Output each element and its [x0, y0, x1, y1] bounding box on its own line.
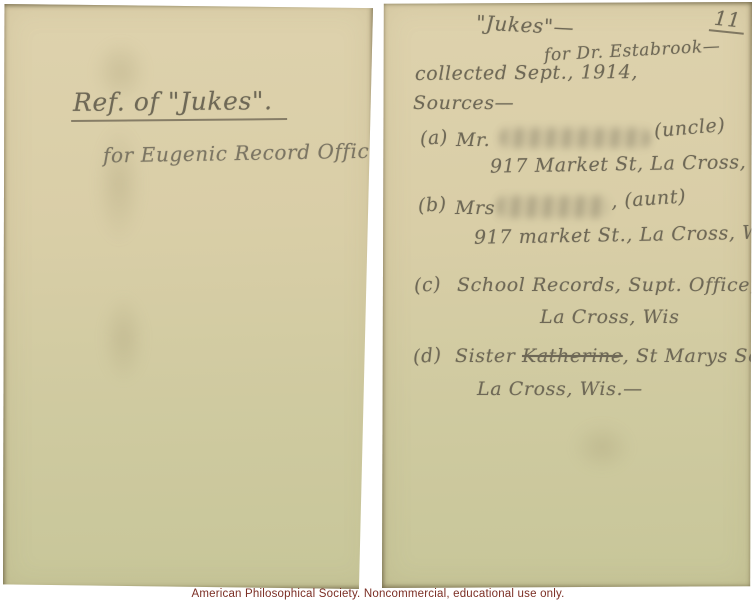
- entry-address: 917 market St., La Cross, Wis.: [474, 222, 756, 248]
- bleedthrough-mark: [572, 422, 632, 472]
- redacted-name-blur: [497, 196, 609, 218]
- entry-prefix: Mr.: [456, 130, 490, 151]
- entry-text-after: , St Marys School,: [623, 345, 756, 367]
- entry-label: (c): [413, 274, 442, 297]
- entry-label: (d): [412, 345, 443, 368]
- page-number: 11: [709, 6, 746, 34]
- entry-address: 917 Market St, La Cross, Wis: [490, 151, 756, 177]
- right-page: 11 "Jukes"— for Dr. Estabrook— collected…: [382, 2, 752, 588]
- left-page: Ref. of "Jukes". for Eugenic Record Offi…: [3, 4, 373, 589]
- scanned-document: Ref. of "Jukes". for Eugenic Record Offi…: [0, 0, 756, 603]
- entry-text: Sister Katherine, St Marys School,: [455, 346, 756, 367]
- left-page-subtitle: for Eugenic Record Office: [103, 140, 382, 167]
- entry-label: (a): [419, 127, 448, 150]
- sources-line: Sources—: [413, 93, 514, 114]
- heading: "Jukes"—: [475, 11, 574, 38]
- entry-text-before: Sister: [455, 345, 522, 367]
- entry-address: La Cross, Wis: [540, 307, 679, 328]
- entry-address: La Cross, Wis.—: [477, 379, 643, 400]
- archive-caption: American Philosophical Society. Noncomme…: [0, 588, 756, 600]
- entry-annotation: , (aunt): [610, 186, 686, 212]
- entry-text: School Records, Supt. Office,: [457, 275, 756, 296]
- entry-annotation: (uncle): [653, 115, 726, 142]
- left-page-title: Ref. of "Jukes".: [71, 87, 287, 121]
- bleedthrough-mark: [101, 294, 146, 384]
- redacted-name-blur: [500, 128, 650, 148]
- entry-text-struck: Katherine: [522, 345, 623, 367]
- collected-line: collected Sept., 1914,: [415, 62, 638, 85]
- entry-prefix: Mrs: [455, 198, 495, 219]
- entry-label: (b): [417, 194, 447, 217]
